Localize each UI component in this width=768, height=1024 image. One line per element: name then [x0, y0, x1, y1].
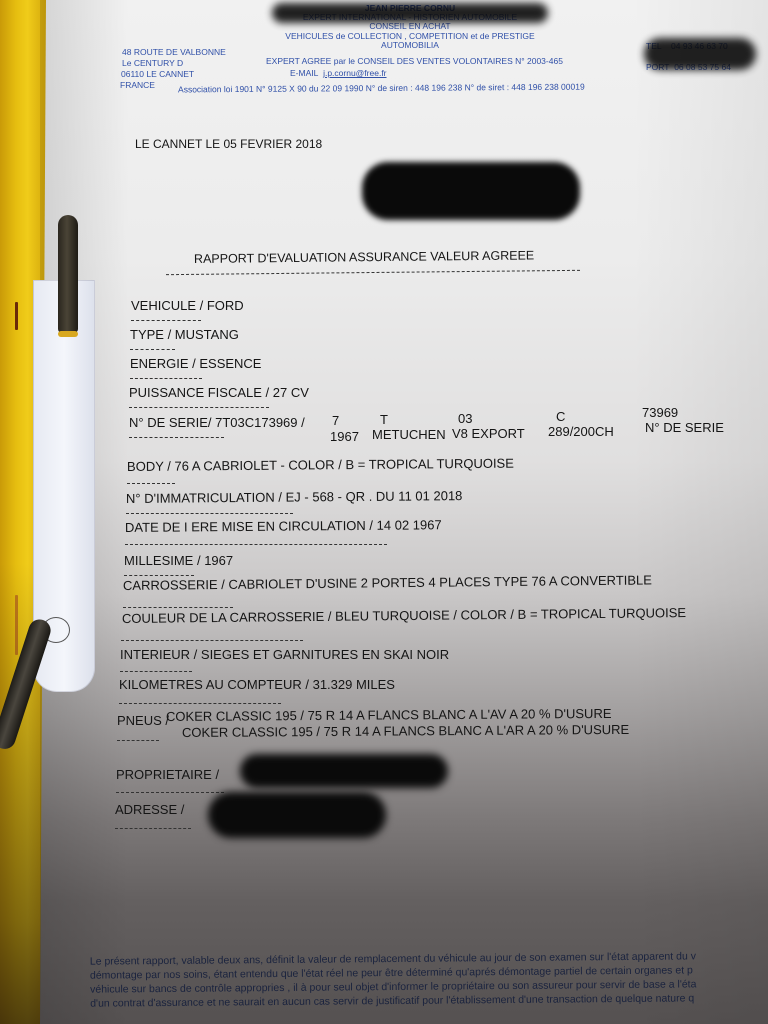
serie-meaning: 1967	[330, 429, 359, 444]
field-serie: N° DE SERIE/ 7T03C173969 /	[129, 415, 305, 430]
field-kilometres: KILOMETRES AU COMPTEUR / 31.329 MILES	[119, 677, 395, 692]
field-separator	[116, 792, 224, 793]
field-millesime: MILLESIME / 1967	[124, 553, 233, 568]
serie-meaning: 289/200CH	[548, 424, 614, 439]
field-separator	[123, 607, 233, 608]
field-mise-en-circulation: DATE DE I ERE MISE EN CIRCULATION / 14 0…	[125, 517, 442, 535]
email-row: E-MAIL j.p.cornu@free.fr	[290, 68, 387, 78]
field-separator	[125, 544, 387, 545]
field-interieur: INTERIEUR / SIEGES ET GARNITURES EN SKAI…	[120, 647, 449, 662]
serie-code: 03	[458, 411, 472, 426]
redaction-mark	[362, 162, 580, 220]
field-separator	[121, 640, 303, 641]
address-line: Le CENTURY D	[122, 58, 183, 68]
date-line: LE CANNET LE 05 FEVRIER 2018	[135, 137, 322, 151]
redaction-mark	[240, 754, 448, 788]
field-adresse-label: ADRESSE /	[115, 802, 184, 817]
letterhead-line5: AUTOMOBILIA	[381, 40, 439, 50]
field-separator	[131, 320, 201, 321]
agreement-line: EXPERT AGREE par le CONSEIL DES VENTES V…	[266, 56, 563, 66]
disclaimer-text: Le présent rapport, valable deux ans, dé…	[90, 949, 697, 1010]
redaction-mark	[644, 38, 756, 70]
folder-slot	[15, 595, 18, 655]
field-separator	[115, 828, 191, 829]
fastener-prong-top	[58, 215, 78, 333]
field-separator	[124, 575, 194, 576]
serie-meaning: METUCHEN	[372, 427, 446, 442]
field-puissance: PUISSANCE FISCALE / 27 CV	[129, 385, 309, 400]
field-separator	[130, 378, 202, 379]
serie-code: T	[380, 412, 388, 427]
redaction-mark	[208, 792, 386, 838]
field-separator	[117, 740, 159, 741]
field-separator	[126, 513, 293, 514]
field-separator	[120, 671, 192, 672]
email-link[interactable]: j.p.cornu@free.fr	[323, 68, 386, 78]
serie-meaning: N° DE SERIE	[645, 420, 724, 435]
serie-code: 7	[332, 413, 339, 428]
field-separator	[129, 407, 269, 408]
serie-meaning: V8 EXPORT	[452, 426, 525, 441]
field-proprietaire-label: PROPRIETAIRE /	[116, 767, 219, 782]
serie-code: C	[556, 409, 565, 424]
folder-slot	[15, 302, 18, 330]
serie-code: 73969	[642, 405, 678, 420]
redaction-mark	[272, 3, 548, 23]
field-immatriculation: N° D'IMMATRICULATION / EJ - 568 - QR . D…	[126, 488, 462, 506]
field-pneus-ar: COKER CLASSIC 195 / 75 R 14 A FLANCS BLA…	[182, 722, 629, 740]
field-separator	[130, 349, 175, 350]
field-energie: ENERGIE / ESSENCE	[130, 356, 261, 371]
field-vehicule: VEHICULE / FORD	[131, 298, 244, 313]
field-separator	[119, 703, 281, 704]
field-pneus-label: PNEUS /	[117, 713, 169, 728]
address-line: 48 ROUTE DE VALBONNE	[122, 47, 226, 57]
address-line: FRANCE	[120, 80, 155, 90]
address-line: 06110 LE CANNET	[121, 69, 194, 79]
field-type: TYPE / MUSTANG	[130, 327, 239, 342]
field-separator	[127, 483, 175, 484]
document-page	[40, 0, 768, 1024]
field-separator	[129, 437, 224, 438]
field-pneus-av: COKER CLASSIC 195 / 75 R 14 A FLANCS BLA…	[166, 706, 612, 724]
email-label: E-MAIL	[290, 68, 318, 78]
